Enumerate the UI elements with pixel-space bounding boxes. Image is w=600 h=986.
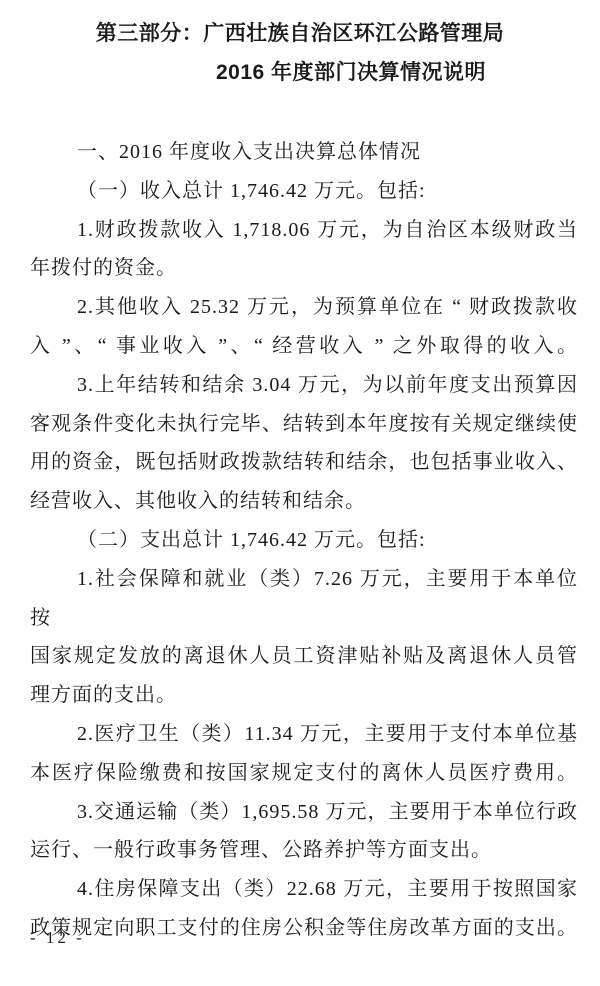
text-line: 4.住房保障支出（类）22.68 万元，主要用于按照国家: [30, 870, 578, 909]
paragraph-subheading: （二）支出总计 1,746.42 万元。包括:: [30, 521, 578, 560]
document-page: 第三部分：广西壮族自治区环江公路管理局 2016 年度部门决算情况说明 一、20…: [0, 0, 600, 986]
document-title: 第三部分：广西壮族自治区环江公路管理局 2016 年度部门决算情况说明: [0, 0, 600, 92]
title-line-2: 2016 年度部门决算情况说明: [0, 53, 600, 92]
text-line: 本医疗保险缴费和按国家规定支付的离休人员医疗费用。: [30, 754, 578, 793]
paragraph-section-heading: 一、2016 年度收入支出决算总体情况: [30, 133, 578, 172]
paragraph-item: 3.上年结转和结余 3.04 万元，为以前年度支出预算因客观条件变化未执行完毕、…: [30, 366, 578, 521]
text-line: 1.财政拨款收入 1,718.06 万元，为自治区本级财政当: [30, 211, 578, 250]
page-number: - 12 -: [30, 927, 85, 949]
paragraph-item: 2.医疗卫生（类）11.34 万元，主要用于支付本单位基本医疗保险缴费和按国家规…: [30, 715, 578, 793]
text-line: 理方面的支出。: [30, 676, 578, 715]
text-line: 3.交通运输（类）1,695.58 万元，主要用于本单位行政: [30, 793, 578, 832]
text-line: 年拨付的资金。: [30, 249, 578, 288]
text-line: 1.社会保障和就业（类）7.26 万元，主要用于本单位按: [30, 560, 578, 638]
text-line: （二）支出总计 1,746.42 万元。包括:: [30, 521, 578, 560]
text-line: 客观条件变化未执行完毕、结转到本年度按有关规定继续使: [30, 405, 578, 444]
text-line: （一）收入总计 1,746.42 万元。包括:: [30, 172, 578, 211]
paragraph-item: 1.财政拨款收入 1,718.06 万元，为自治区本级财政当年拨付的资金。: [30, 211, 578, 289]
document-body: 一、2016 年度收入支出决算总体情况（一）收入总计 1,746.42 万元。包…: [30, 133, 578, 948]
title-line-1: 第三部分：广西壮族自治区环江公路管理局: [0, 14, 600, 53]
text-line: 政策规定向职工支付的住房公积金等住房改革方面的支出。: [30, 909, 578, 948]
text-line: 用的资金，既包括财政拨款结转和结余，也包括事业收入、: [30, 443, 578, 482]
text-line: 3.上年结转和结余 3.04 万元，为以前年度支出预算因: [30, 366, 578, 405]
text-line: 国家规定发放的离退休人员工资津贴补贴及离退休人员管: [30, 637, 578, 676]
text-line: 经营收入、其他收入的结转和结余。: [30, 482, 578, 521]
text-line: 运行、一般行政事务管理、公路养护等方面支出。: [30, 831, 578, 870]
text-line: 入 ”、“ 事业收入 ”、“ 经营收入 ” 之外取得的收入。: [30, 327, 578, 366]
paragraph-item: 3.交通运输（类）1,695.58 万元，主要用于本单位行政运行、一般行政事务管…: [30, 793, 578, 871]
text-line: 2.其他收入 25.32 万元，为预算单位在 “ 财政拨款收: [30, 288, 578, 327]
text-line: 一、2016 年度收入支出决算总体情况: [30, 133, 578, 172]
text-line: 2.医疗卫生（类）11.34 万元，主要用于支付本单位基: [30, 715, 578, 754]
paragraph-item: 2.其他收入 25.32 万元，为预算单位在 “ 财政拨款收入 ”、“ 事业收入…: [30, 288, 578, 366]
paragraph-item: 4.住房保障支出（类）22.68 万元，主要用于按照国家政策规定向职工支付的住房…: [30, 870, 578, 948]
paragraph-subheading: （一）收入总计 1,746.42 万元。包括:: [30, 172, 578, 211]
paragraph-item: 1.社会保障和就业（类）7.26 万元，主要用于本单位按国家规定发放的离退休人员…: [30, 560, 578, 715]
